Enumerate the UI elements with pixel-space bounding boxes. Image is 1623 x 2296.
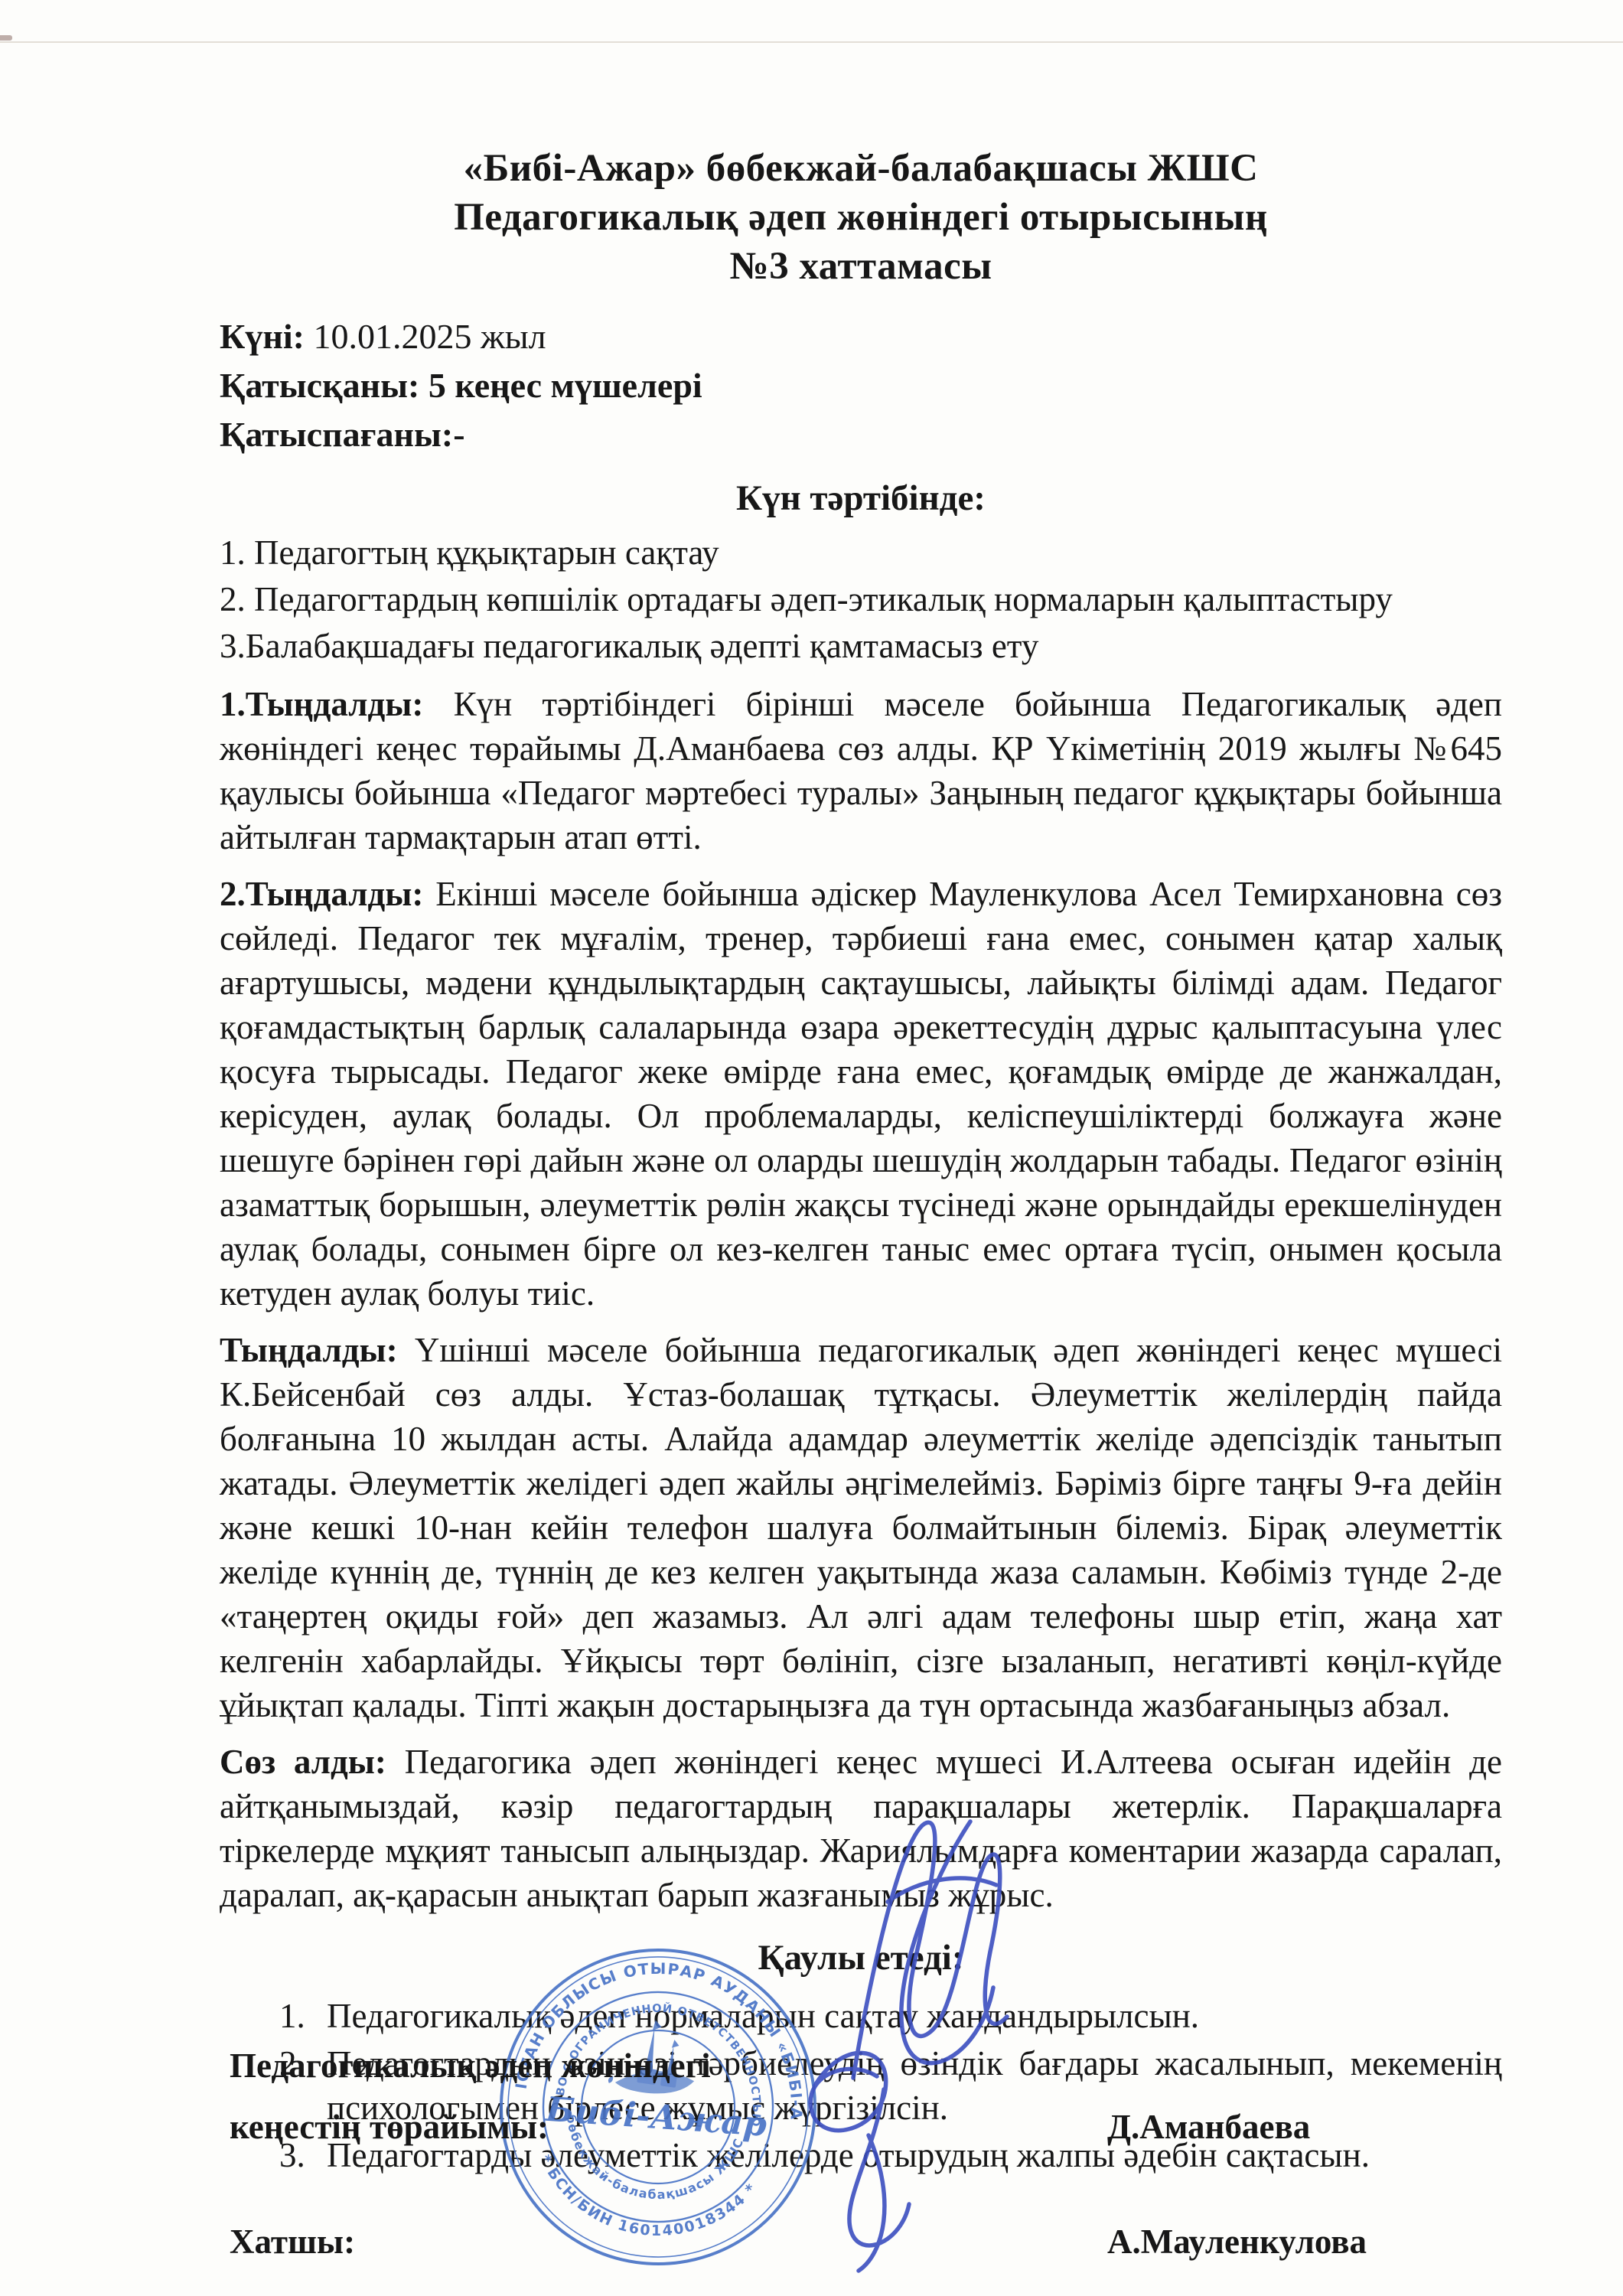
chair-role-line1: Педагогикалық әдеп жөніндегі [230, 2043, 711, 2088]
secretary-name: А.Мауленкулова [1107, 2219, 1367, 2264]
signatures-graphic [727, 1787, 1094, 2294]
chair-signature [853, 1821, 1007, 2078]
chair-role-line2: кеңестің төрайымы: [230, 2105, 549, 2149]
chair-name: Д.Аманбаева [1107, 2105, 1310, 2149]
document-page: «Бибі-Ажар» бөбекжай-балабақшасы ЖШС Пед… [0, 0, 1623, 2296]
handwritten-signatures [727, 1787, 1094, 2294]
secretary-signature [810, 2053, 909, 2271]
secretary-label: Хатшы: [230, 2219, 355, 2264]
